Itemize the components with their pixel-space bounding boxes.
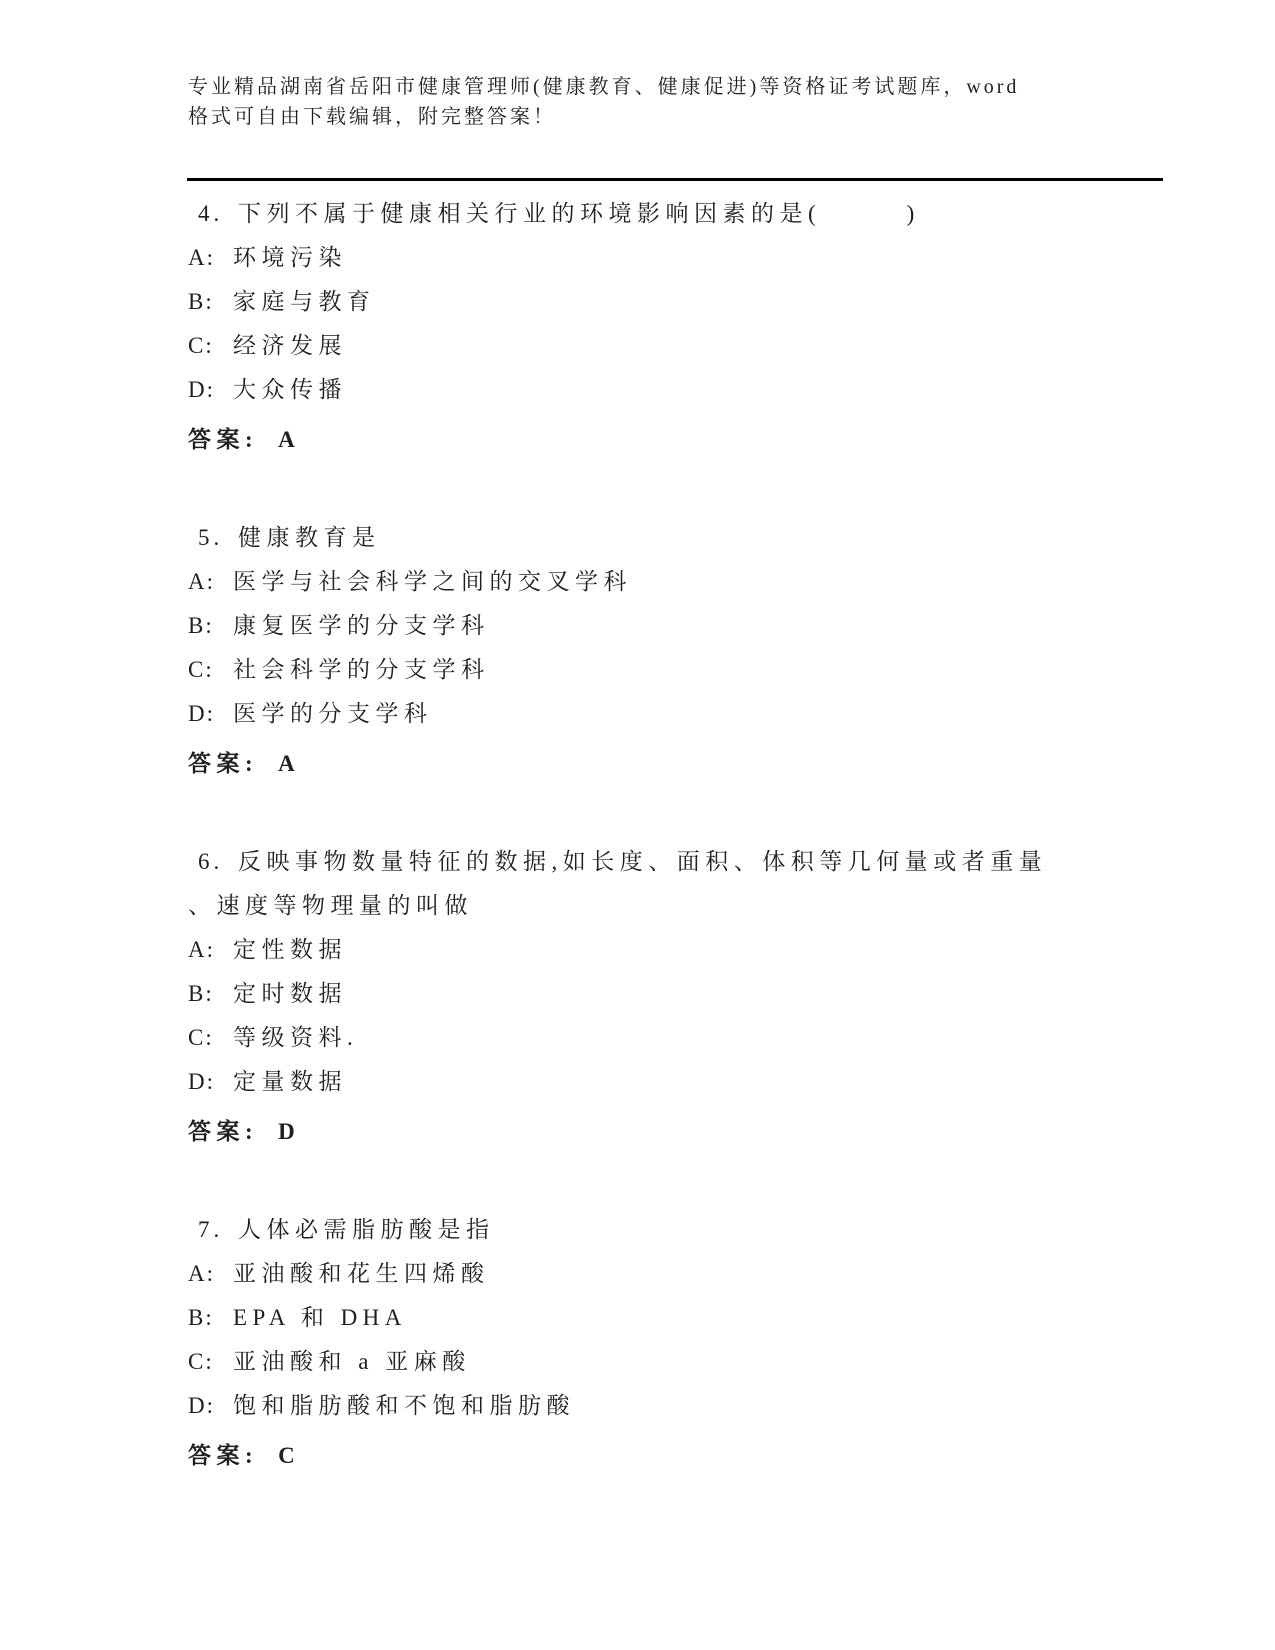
option-text: EPA 和 DHA: [233, 1296, 407, 1340]
option-label: B:: [188, 1296, 233, 1340]
question-text: 反映事物数量特征的数据,如长度、面积、体积等几何量或者重量: [238, 840, 1047, 884]
option-row: D: 医学的分支学科: [188, 692, 1218, 736]
question-number: 5.: [188, 516, 238, 560]
option-text: 环境污染: [233, 236, 347, 280]
option-row: D: 饱和脂肪酸和不饱和脂肪酸: [188, 1384, 1218, 1428]
question-block-6: 6. 反映事物数量特征的数据,如长度、面积、体积等几何量或者重量 、速度等物理量…: [188, 840, 1218, 1154]
answer-label: 答案:: [188, 418, 258, 462]
answer-label: 答案:: [188, 1434, 258, 1478]
option-label: A:: [188, 1252, 233, 1296]
answer-row: 答案: D: [188, 1110, 1218, 1154]
option-label: B:: [188, 972, 233, 1016]
header-divider-rule: [187, 178, 1163, 181]
question-number: 4.: [188, 192, 238, 236]
option-text: 定性数据: [233, 928, 347, 972]
option-row: B: 家庭与教育: [188, 280, 1218, 324]
question-text: 、速度等物理量的叫做: [188, 884, 473, 928]
option-label: A:: [188, 560, 233, 604]
option-text: 社会科学的分支学科: [233, 648, 490, 692]
option-row: C: 经济发展: [188, 324, 1218, 368]
option-label: D:: [188, 1060, 233, 1104]
option-text: 饱和脂肪酸和不饱和脂肪酸: [233, 1384, 575, 1428]
option-label: A:: [188, 236, 233, 280]
option-row: B: EPA 和 DHA: [188, 1296, 1218, 1340]
question-number: 6.: [188, 840, 238, 884]
option-text: 医学与社会科学之间的交叉学科: [233, 560, 632, 604]
option-row: A: 环境污染: [188, 236, 1218, 280]
option-row: A: 医学与社会科学之间的交叉学科: [188, 560, 1218, 604]
option-row: C: 亚油酸和 a 亚麻酸: [188, 1340, 1218, 1384]
answer-row: 答案: A: [188, 418, 1218, 462]
option-row: C: 等级资料.: [188, 1016, 1218, 1060]
answer-value: A: [278, 742, 297, 786]
option-text: 亚油酸和 a 亚麻酸: [233, 1340, 471, 1384]
answer-label: 答案:: [188, 742, 258, 786]
question-title-continued: 、速度等物理量的叫做: [188, 884, 1218, 928]
option-label: C:: [188, 1340, 233, 1384]
question-text: 健康教育是: [238, 516, 381, 560]
header-line: 专业精品湖南省岳阳市健康管理师(健康教育、健康促进)等资格证考试题库，word: [188, 72, 1108, 102]
question-title: 6. 反映事物数量特征的数据,如长度、面积、体积等几何量或者重量: [188, 840, 1218, 884]
answer-value: A: [278, 418, 297, 462]
option-text: 亚油酸和花生四烯酸: [233, 1252, 490, 1296]
question-block-7: 7. 人体必需脂肪酸是指 A: 亚油酸和花生四烯酸 B: EPA 和 DHA C…: [188, 1208, 1218, 1478]
question-block-5: 5. 健康教育是 A: 医学与社会科学之间的交叉学科 B: 康复医学的分支学科 …: [188, 516, 1218, 786]
option-text: 定量数据: [233, 1060, 347, 1104]
option-row: A: 定性数据: [188, 928, 1218, 972]
option-text: 经济发展: [233, 324, 347, 368]
option-label: B:: [188, 604, 233, 648]
option-label: C:: [188, 1016, 233, 1060]
option-label: D:: [188, 368, 233, 412]
document-body: 4. 下列不属于健康相关行业的环境影响因素的是( ) A: 环境污染 B: 家庭…: [188, 192, 1218, 1478]
header-line: 格式可自由下载编辑，附完整答案！: [188, 102, 1108, 132]
option-row: B: 康复医学的分支学科: [188, 604, 1218, 648]
document-page: 专业精品湖南省岳阳市健康管理师(健康教育、健康促进)等资格证考试题库，word …: [0, 0, 1275, 1650]
option-text: 定时数据: [233, 972, 347, 1016]
option-label: D:: [188, 692, 233, 736]
question-title: 7. 人体必需脂肪酸是指: [188, 1208, 1218, 1252]
option-text: 家庭与教育: [233, 280, 376, 324]
option-label: D:: [188, 1384, 233, 1428]
answer-value: C: [278, 1434, 297, 1478]
option-text: 医学的分支学科: [233, 692, 433, 736]
option-label: A:: [188, 928, 233, 972]
option-label: C:: [188, 324, 233, 368]
option-row: B: 定时数据: [188, 972, 1218, 1016]
option-row: D: 定量数据: [188, 1060, 1218, 1104]
option-label: B:: [188, 280, 233, 324]
answer-value: D: [278, 1110, 297, 1154]
option-text: 等级资料.: [233, 1016, 358, 1060]
option-row: D: 大众传播: [188, 368, 1218, 412]
option-row: A: 亚油酸和花生四烯酸: [188, 1252, 1218, 1296]
question-title: 5. 健康教育是: [188, 516, 1218, 560]
answer-row: 答案: C: [188, 1434, 1218, 1478]
option-text: 大众传播: [233, 368, 347, 412]
page-header: 专业精品湖南省岳阳市健康管理师(健康教育、健康促进)等资格证考试题库，word …: [188, 72, 1108, 132]
option-text: 康复医学的分支学科: [233, 604, 490, 648]
option-label: C:: [188, 648, 233, 692]
question-text: 人体必需脂肪酸是指: [238, 1208, 495, 1252]
answer-row: 答案: A: [188, 742, 1218, 786]
option-row: C: 社会科学的分支学科: [188, 648, 1218, 692]
question-title: 4. 下列不属于健康相关行业的环境影响因素的是( ): [188, 192, 1218, 236]
question-text: 下列不属于健康相关行业的环境影响因素的是( ): [238, 192, 920, 236]
question-number: 7.: [188, 1208, 238, 1252]
question-block-4: 4. 下列不属于健康相关行业的环境影响因素的是( ) A: 环境污染 B: 家庭…: [188, 192, 1218, 462]
answer-label: 答案:: [188, 1110, 258, 1154]
